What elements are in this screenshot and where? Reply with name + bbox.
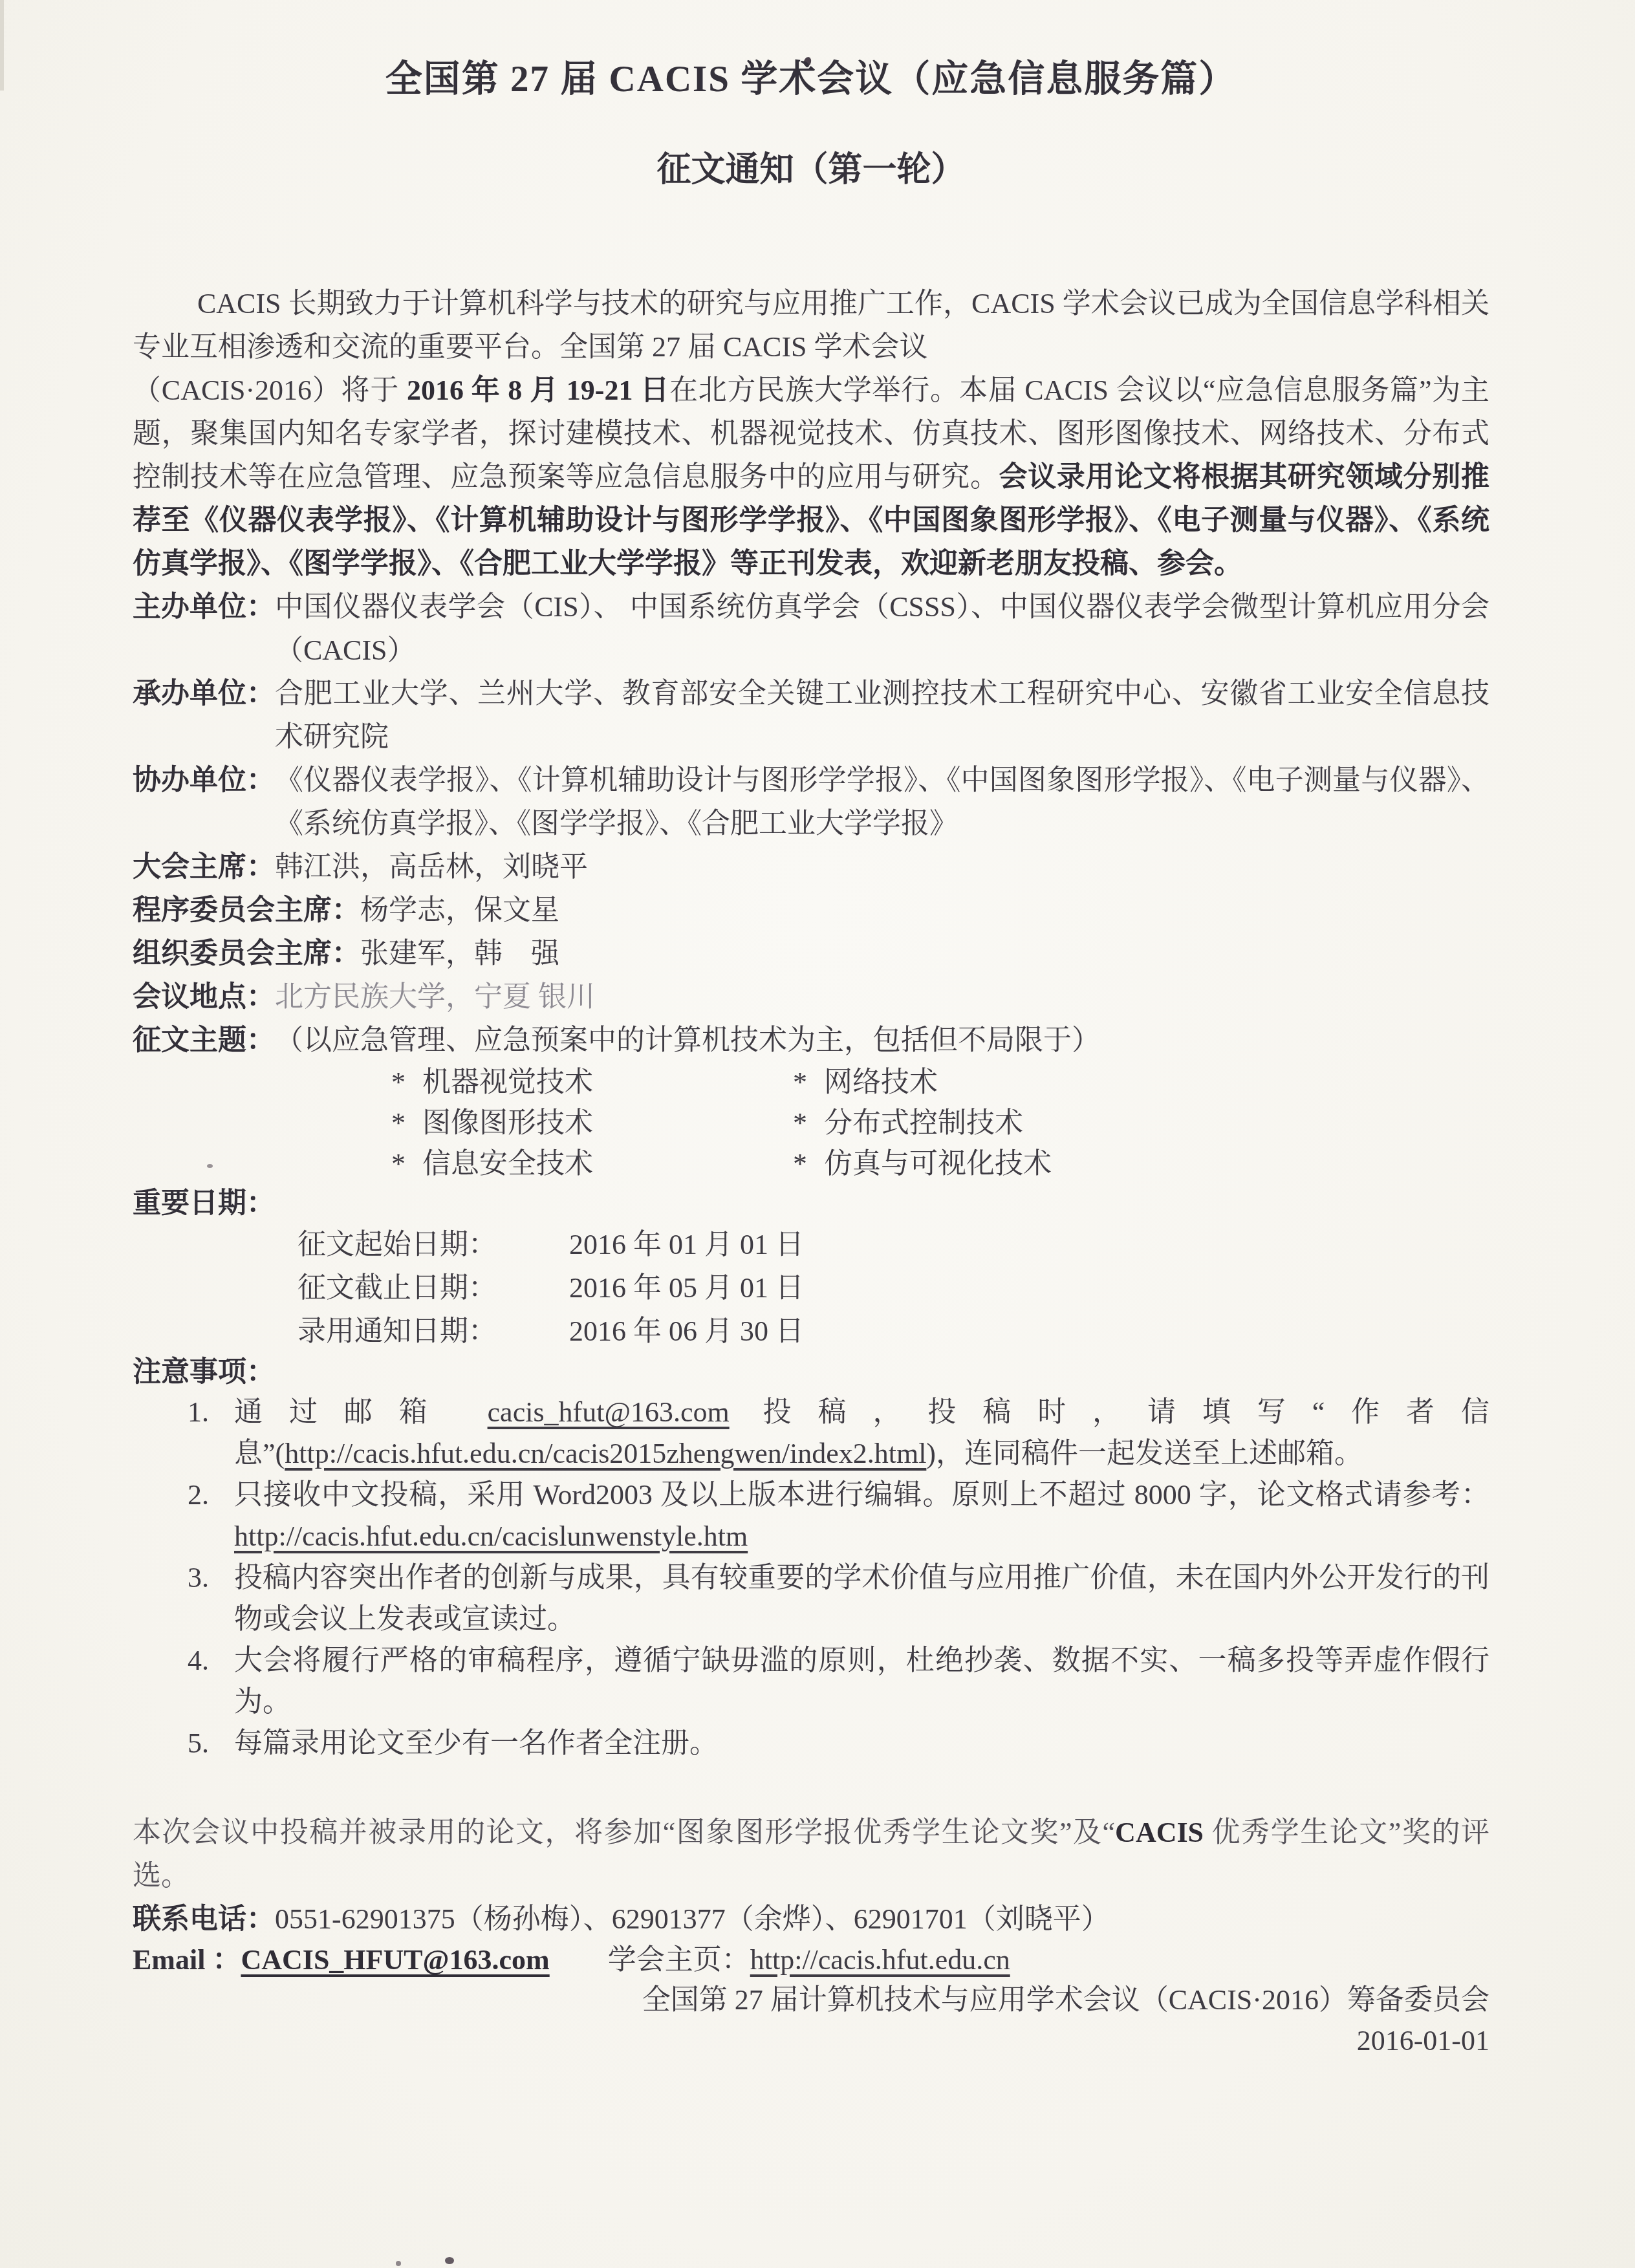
program-chair-label: 程序委员会主席：: [133, 889, 360, 932]
date-row-deadline: 征文截止日期：2016 年 05 月 01 日: [298, 1266, 1489, 1310]
note-item-2: 2. 只接收中文投稿，采用 Word2003 及以上版本进行编辑。原则上不超过 …: [133, 1474, 1489, 1557]
scan-speck: [445, 2257, 454, 2264]
notes-heading: 注意事项：: [133, 1353, 1489, 1392]
bullet-asterisk: *: [391, 1143, 406, 1184]
note-number: 2.: [188, 1474, 234, 1557]
note-item-4: 4. 大会将履行严格的审稿程序，遵循宁缺毋滥的原则，杜绝抄袭、数据不实、一稿多投…: [133, 1640, 1489, 1723]
topic-row: *机器视觉技术 *网络技术: [133, 1062, 1489, 1103]
signature-date: 2016-01-01: [133, 2020, 1489, 2061]
page-subtitle: 征文通知（第一轮）: [133, 149, 1489, 191]
date-notification-label: 录用通知日期：: [298, 1310, 569, 1353]
scan-speck: [396, 2261, 401, 2266]
host-label: 主办单位：: [133, 585, 275, 672]
topic-row: *信息安全技术 *仿真与可视化技术: [133, 1143, 1489, 1184]
contact-email-row: Email ： CACIS_HFUT@163.com 学会主页： http://…: [133, 1941, 1489, 1980]
scan-edge-artifact: [0, 0, 4, 91]
note-text: 投稿内容突出作者的创新与成果，具有较重要的学术价值与应用推广价值，未在国内外公开…: [234, 1557, 1489, 1640]
award-paragraph: 本次会议中投稿并被录用的论文，将参加“图象图形学报优秀学生论文奖”及“CACIS…: [133, 1811, 1489, 1897]
note-item-1: 1. 通过邮箱 cacis_hfut@163.com 投稿，投稿时，请填写“作者…: [133, 1392, 1489, 1474]
bullet-asterisk: *: [793, 1103, 807, 1143]
award-cacis-text: CACIS: [1115, 1817, 1204, 1848]
note-item-3: 3. 投稿内容突出作者的创新与成果，具有较重要的学术价值与应用推广价值，未在国内…: [133, 1557, 1489, 1640]
topic-row: *图像图形技术 *分布式控制技术: [133, 1103, 1489, 1143]
general-chair-label: 大会主席：: [133, 845, 275, 889]
info-row-venue: 会议地点： 北方民族大学，宁夏 银川: [133, 975, 1489, 1019]
co-organizer-label: 协办单位：: [133, 759, 275, 845]
note-text: 大会将履行严格的审稿程序，遵循宁缺毋滥的原则，杜绝抄袭、数据不实、一稿多投等弄虚…: [234, 1640, 1489, 1723]
info-row-general-chair: 大会主席： 韩江洪，高岳林，刘晓平: [133, 845, 1489, 889]
note-text: 通过邮箱: [234, 1396, 488, 1428]
program-chair-value: 杨学志，保文星: [360, 889, 1489, 932]
page-title: 全国第 27 届 CACIS 学术会议（应急信息服务篇）: [133, 0, 1489, 102]
conference-dates: 2016 年 8 月 19-21 日: [407, 374, 669, 406]
bullet-asterisk: *: [391, 1103, 406, 1143]
info-row-host: 主办单位： 中国仪器仪表学会（CIS）、 中国系统仿真学会（CSSS）、中国仪器…: [133, 585, 1489, 672]
venue-label: 会议地点：: [133, 975, 275, 1019]
date-start-value: 2016 年 01 月 01 日: [569, 1229, 804, 1260]
note-number: 3.: [188, 1557, 234, 1640]
date-start-label: 征文起始日期：: [298, 1223, 569, 1266]
note-number: 4.: [188, 1640, 234, 1723]
note-text: )，连同稿件一起发送至上述邮箱。: [926, 1438, 1363, 1469]
organizer-value: 合肥工业大学、兰州大学、教育部安全关键工业测控技术工程研究中心、安徽省工业安全信…: [275, 672, 1489, 759]
organizing-chair-label: 组织委员会主席：: [133, 932, 360, 975]
important-dates-heading: 重要日期：: [133, 1184, 1489, 1223]
general-chair-value: 韩江洪，高岳林，刘晓平: [275, 845, 1489, 889]
date-deadline-label: 征文截止日期：: [298, 1266, 569, 1310]
venue-value: 北方民族大学，宁夏 银川: [275, 975, 1489, 1019]
scanned-notice-page: 全国第 27 届 CACIS 学术会议（应急信息服务篇） 征文通知（第一轮） C…: [0, 0, 1635, 2268]
contact-email-text: CACIS_HFUT@163.com: [241, 1941, 549, 1980]
contact-phone-row: 联系电话： 0551-62901375（杨孙梅）、62901377（余烨）、62…: [133, 1897, 1489, 1941]
date-row-start: 征文起始日期：2016 年 01 月 01 日: [298, 1223, 1489, 1266]
info-row-topics: 征文主题： （以应急管理、应急预案中的计算机技术为主，包括但不局限于）: [133, 1019, 1489, 1062]
info-row-program-chair: 程序委员会主席： 杨学志，保文星: [133, 889, 1489, 932]
organizing-chair-value: 张建军，韩 强: [360, 932, 1489, 975]
topic-item: 图像图形技术: [422, 1107, 593, 1139]
bullet-asterisk: *: [793, 1143, 807, 1184]
phone-numbers: 0551-62901375（杨孙梅）、62901377（余烨）、62901701…: [275, 1897, 1110, 1941]
host-value: 中国仪器仪表学会（CIS）、 中国系统仿真学会（CSSS）、中国仪器仪表学会微型…: [275, 585, 1489, 672]
topics-label: 征文主题：: [133, 1019, 275, 1062]
homepage-url-text: http://cacis.hfut.edu.cn: [750, 1941, 1010, 1980]
topic-item: 机器视觉技术: [422, 1066, 593, 1098]
submission-email-text: cacis_hfut@163.com: [488, 1396, 730, 1428]
note-text: 每篇录用论文至少有一名作者全注册。: [234, 1723, 1489, 1764]
bullet-asterisk: *: [793, 1062, 807, 1103]
intro-paragraph: CACIS 长期致力于计算机科学与技术的研究与应用推广工作，CACIS 学术会议…: [133, 282, 1489, 585]
note-item-5: 5. 每篇录用论文至少有一名作者全注册。: [133, 1723, 1489, 1764]
signature-committee: 全国第 27 届计算机技术与应用学术会议（CACIS·2016）筹备委员会: [133, 1980, 1489, 2020]
topic-item: 网络技术: [824, 1066, 938, 1098]
date-row-notification: 录用通知日期：2016 年 06 月 30 日: [298, 1310, 1489, 1353]
date-deadline-value: 2016 年 05 月 01 日: [569, 1272, 804, 1304]
note-number: 5.: [188, 1723, 234, 1764]
paper-style-url-text: http://cacis.hfut.edu.cn/cacislunwenstyl…: [234, 1520, 748, 1552]
note-text: 只接收中文投稿，采用 Word2003 及以上版本进行编辑。原则上不超过 800…: [234, 1479, 1489, 1511]
topic-item: 分布式控制技术: [824, 1107, 1023, 1139]
author-info-url-text: http://cacis.hfut.edu.cn/cacis2015zhengw…: [285, 1438, 926, 1469]
info-row-organizer: 承办单位： 合肥工业大学、兰州大学、教育部安全关键工业测控技术工程研究中心、安徽…: [133, 672, 1489, 759]
note-number: 1.: [188, 1392, 234, 1474]
document-content: 全国第 27 届 CACIS 学术会议（应急信息服务篇） 征文通知（第一轮） C…: [133, 0, 1489, 2061]
info-row-organizing-chair: 组织委员会主席： 张建军，韩 强: [133, 932, 1489, 975]
organizer-label: 承办单位：: [133, 672, 275, 759]
date-notification-value: 2016 年 06 月 30 日: [569, 1315, 804, 1347]
topic-item: 仿真与可视化技术: [824, 1148, 1052, 1180]
intro-text: （CACIS·2016）将于: [133, 374, 407, 406]
topics-scope-value: （以应急管理、应急预案中的计算机技术为主，包括但不局限于）: [275, 1019, 1489, 1062]
homepage-label: 学会主页：: [608, 1941, 750, 1980]
bullet-asterisk: *: [391, 1062, 406, 1103]
co-organizer-value: 《仪器仪表学报》、《计算机辅助设计与图形学学报》、《中国图象图形学报》、《电子测…: [275, 759, 1489, 845]
intro-text: CACIS 长期致力于计算机科学与技术的研究与应用推广工作，CACIS 学术会议…: [133, 288, 1489, 363]
phone-label: 联系电话：: [133, 1897, 275, 1941]
info-row-co-organizer: 协办单位： 《仪器仪表学报》、《计算机辅助设计与图形学学报》、《中国图象图形学报…: [133, 759, 1489, 845]
topic-item: 信息安全技术: [422, 1148, 593, 1180]
award-text: 本次会议中投稿并被录用的论文，将参加“图象图形学报优秀学生论文奖”及“: [133, 1817, 1115, 1848]
email-label: Email ：: [133, 1941, 241, 1980]
